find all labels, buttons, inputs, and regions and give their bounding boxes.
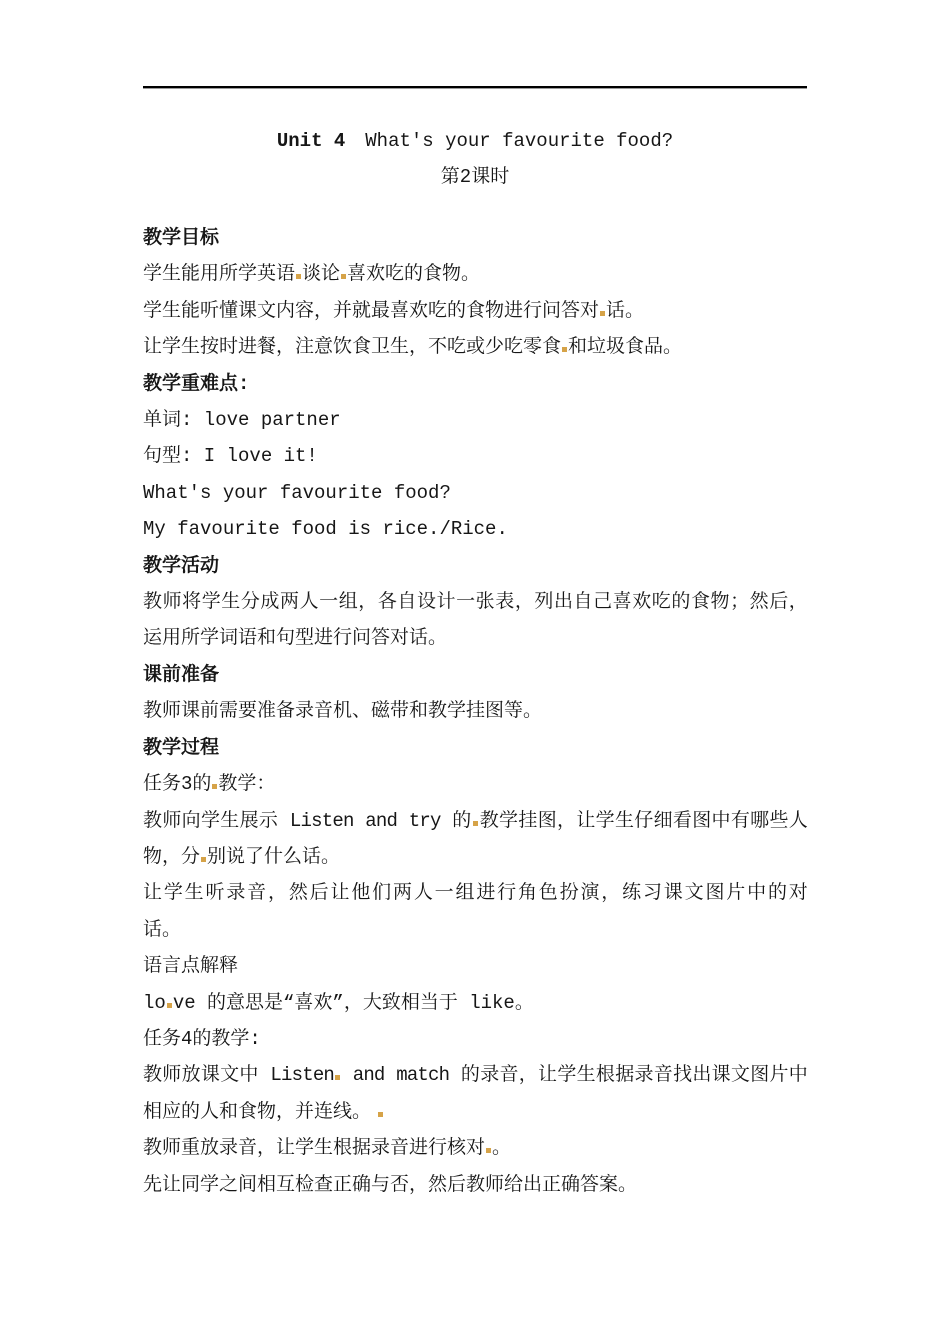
paragraph-line: 相应的人和食物，并连线。 <box>143 1094 807 1130</box>
proofing-dot <box>562 347 567 352</box>
text-segment: 教师将学生分成两人一组，各自设计一张表，列出自己喜欢吃的食物；然后， <box>143 591 807 613</box>
text-segment: 谈论 <box>302 263 340 285</box>
section-heading: 教学目标 <box>143 220 807 256</box>
proofing-dot <box>335 1075 340 1080</box>
text-segment: 话。 <box>143 919 181 941</box>
text-segment: 任务4的教学: <box>143 1028 261 1050</box>
text-segment: 教学重难点: <box>143 373 249 395</box>
paragraph-line: 任务3的教学： <box>143 766 807 802</box>
lesson-subtitle: 第2课时 <box>143 159 807 195</box>
text-segment: ve 的意思是“喜欢”，大致相当于 like。 <box>173 992 534 1014</box>
text-segment: 运用所学词语和句型进行问答对话。 <box>143 627 447 649</box>
proofing-dot <box>600 311 605 316</box>
horizontal-rule <box>143 86 807 89</box>
text-segment: 教师向学生展示 Listen and try 的 <box>143 810 472 832</box>
paragraph-line: 让学生按时进餐，注意饮食卫生，不吃或少吃零食和垃圾食品。 <box>143 329 807 365</box>
proofing-dot <box>486 1148 491 1153</box>
text-segment: 语言点解释 <box>143 955 238 977</box>
text-segment: 教学： <box>218 773 275 795</box>
text-segment: 让学生听录音，然后让他们两人一组进行角色扮演，练习课文图片中的对 <box>143 882 807 904</box>
paragraph-line: 教师重放录音，让学生根据录音进行核对。 <box>143 1130 807 1166</box>
document-header: Unit 4What's your favourite food? 第2课时 <box>143 123 807 196</box>
text-segment: 任务3的 <box>143 773 211 795</box>
text-segment: 让学生按时进餐，注意饮食卫生，不吃或少吃零食 <box>143 336 561 358</box>
text-segment: 课前准备 <box>143 664 219 686</box>
document-page: Unit 4What's your favourite food? 第2课时 教… <box>0 0 950 1344</box>
text-segment: 话。 <box>606 300 644 322</box>
text-segment: 相应的人和食物，并连线。 <box>143 1101 371 1123</box>
text-segment: 教学过程 <box>143 737 219 759</box>
paragraph-line: 教师放课文中 Listen and match 的录音，让学生根据录音找出课文图… <box>143 1057 807 1093</box>
text-segment: 和垃圾食品。 <box>568 336 682 358</box>
text-segment: lo <box>143 992 166 1014</box>
text-segment: 教学目标 <box>143 227 219 249</box>
paragraph-line: 教师将学生分成两人一组，各自设计一张表，列出自己喜欢吃的食物；然后， <box>143 584 807 620</box>
section-heading: 教学过程 <box>143 730 807 766</box>
paragraph-line: 单词: love partner <box>143 402 807 438</box>
proofing-dot <box>473 821 478 826</box>
text-segment: 句型: I love it! <box>143 445 318 467</box>
paragraph-line: What's your favourite food? <box>143 475 807 511</box>
text-segment: 先让同学之间相互检查正确与否，然后教师给出正确答案。 <box>143 1174 637 1196</box>
proofing-dot <box>212 784 217 789</box>
section-heading: 教学活动 <box>143 548 807 584</box>
text-segment: 教学挂图，让学生仔细看图中有哪些人 <box>479 810 807 832</box>
text-segment: My favourite food is rice./Rice. <box>143 518 508 540</box>
paragraph-line: 教师课前需要准备录音机、磁带和教学挂图等。 <box>143 693 807 729</box>
text-segment: 教学活动 <box>143 555 219 577</box>
document-body: 教学目标 学生能用所学英语谈论喜欢吃的食物。 学生能听懂课文内容，并就最喜欢吃的… <box>143 220 807 1203</box>
paragraph-line: 教师向学生展示 Listen and try 的教学挂图，让学生仔细看图中有哪些… <box>143 803 807 839</box>
text-segment: 学生能听懂课文内容，并就最喜欢吃的食物进行问答对 <box>143 300 599 322</box>
proofing-dot <box>167 1003 172 1008</box>
text-segment: 别说了什么话。 <box>207 846 340 868</box>
text-segment: 。 <box>492 1137 511 1159</box>
paragraph-line: 运用所学词语和句型进行问答对话。 <box>143 620 807 656</box>
paragraph-line: 学生能听懂课文内容，并就最喜欢吃的食物进行问答对话。 <box>143 293 807 329</box>
text-segment: 物，分 <box>143 846 200 868</box>
paragraph-line: 任务4的教学: <box>143 1021 807 1057</box>
text-segment: 单词: love partner <box>143 409 341 431</box>
text-segment: 教师重放录音，让学生根据录音进行核对 <box>143 1137 485 1159</box>
document-title: Unit 4What's your favourite food? <box>143 123 807 159</box>
paragraph-line: 话。 <box>143 912 807 948</box>
unit-label: Unit 4 <box>277 130 345 152</box>
text-segment: 教师课前需要准备录音机、磁带和教学挂图等。 <box>143 700 542 722</box>
section-heading: 课前准备 <box>143 657 807 693</box>
text-segment: 喜欢吃的食物。 <box>347 263 480 285</box>
text-segment: 教师放课文中 Listen <box>143 1064 334 1086</box>
paragraph-line: 让学生听录音，然后让他们两人一组进行角色扮演，练习课文图片中的对 <box>143 875 807 911</box>
paragraph-line: 先让同学之间相互检查正确与否，然后教师给出正确答案。 <box>143 1167 807 1203</box>
section-heading: 教学重难点: <box>143 366 807 402</box>
proofing-dot <box>341 274 346 279</box>
proofing-dot <box>201 857 206 862</box>
title-text: What's your favourite food? <box>365 130 673 152</box>
paragraph-line: 物，分别说了什么话。 <box>143 839 807 875</box>
text-segment: What's your favourite food? <box>143 482 451 504</box>
text-segment: and match 的录音，让学生根据录音找出课文图片中 <box>341 1064 807 1086</box>
proofing-dot <box>378 1112 383 1117</box>
paragraph-line: 语言点解释 <box>143 948 807 984</box>
proofing-dot <box>296 274 301 279</box>
paragraph-line: 句型: I love it! <box>143 438 807 474</box>
paragraph-line: 学生能用所学英语谈论喜欢吃的食物。 <box>143 256 807 292</box>
paragraph-line: love 的意思是“喜欢”，大致相当于 like。 <box>143 985 807 1021</box>
paragraph-line: My favourite food is rice./Rice. <box>143 511 807 547</box>
text-segment: 学生能用所学英语 <box>143 263 295 285</box>
